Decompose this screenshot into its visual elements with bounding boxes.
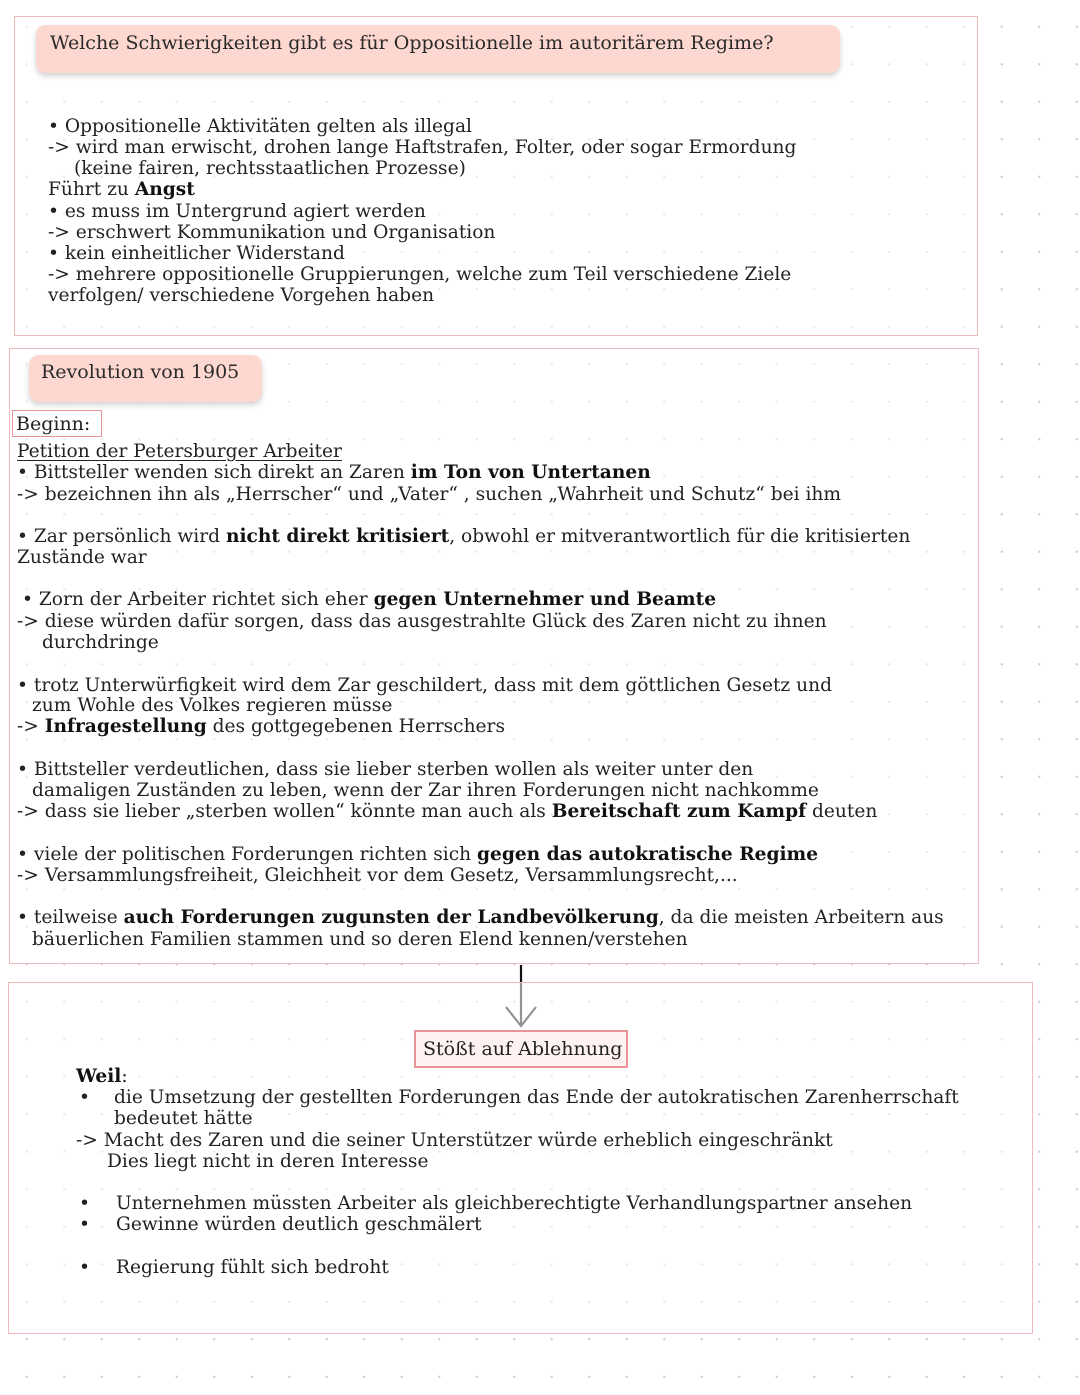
s2-line-11: • Bittsteller verdeutlichen, dass sie li… <box>17 759 753 780</box>
s1-line-3: (keine fairen, rechtsstaatlichen Prozess… <box>74 158 466 179</box>
s2-line-3-rest: , obwohl er mitverantwortlich für die kr… <box>449 526 910 547</box>
s2-line-7: durchdringe <box>42 632 159 653</box>
s3-line-5: Unternehmen müssten Arbeiter als gleichb… <box>116 1193 912 1214</box>
s3-bullet-2: • <box>79 1193 90 1214</box>
s3-line-2: bedeutet hätte <box>114 1108 253 1129</box>
s2-line-13: -> dass sie lieber „sterben wollen“ könn… <box>17 801 877 822</box>
s1-line-8: -> mehrere oppositionelle Gruppierungen,… <box>48 264 791 285</box>
s2-line-14-emphasis: gegen das autokratische Regime <box>477 844 818 865</box>
s1-line-1: • Oppositionelle Aktivitäten gelten als … <box>48 116 472 137</box>
s2-line-8: • trotz Unterwürfigkeit wird dem Zar ges… <box>17 675 832 696</box>
s2-line-16-emphasis: auch Forderungen zugunsten der Landbevöl… <box>124 907 659 928</box>
s2-line-10: -> Infragestellung des gottgegebenen Her… <box>17 716 505 737</box>
s2-line-5: • Zorn der Arbeiter richtet sich eher ge… <box>22 589 716 610</box>
s2-line-10-emphasis: Infragestellung <box>45 716 207 737</box>
s3-bullet-1: • <box>79 1087 90 1108</box>
s2-line-1: • Bittsteller wenden sich direkt an Zare… <box>17 462 651 483</box>
s3-line-3: -> Macht des Zaren und die seiner Unters… <box>76 1130 833 1151</box>
s2-line-5-text: • Zorn der Arbeiter richtet sich eher <box>22 589 374 610</box>
s2-line-15: -> Versammlungsfreiheit, Gleichheit vor … <box>17 865 738 886</box>
s1-line-9: verfolgen/ verschiedene Vorgehen haben <box>48 285 434 306</box>
result-ablehnung-label: Stößt auf Ablehnung <box>414 1030 628 1068</box>
s3-line-4: Dies liegt nicht in deren Interesse <box>107 1151 428 1172</box>
s2-line-13-emphasis: Bereitschaft zum Kampf <box>552 801 806 822</box>
s2-line-10-arrow: -> <box>17 716 45 737</box>
s1-line-5: • es muss im Untergrund agiert werden <box>48 201 426 222</box>
s2-line-16-rest: , da die meisten Arbeitern aus <box>659 907 944 928</box>
s1-angst-emphasis: Angst <box>135 179 195 200</box>
s1-line-6: -> erschwert Kommunikation und Organisat… <box>48 222 495 243</box>
s2-line-4: Zustände war <box>17 547 147 568</box>
s2-line-10-rest: des gottgegebenen Herrschers <box>207 716 505 737</box>
s2-line-5-emphasis: gegen Unternehmer und Beamte <box>374 589 716 610</box>
s2-line-9: zum Wohle des Volkes regieren müsse <box>32 695 392 716</box>
s1-line-4-text: Führt zu <box>48 179 135 200</box>
s2-line-16: • teilweise auch Forderungen zugunsten d… <box>17 907 944 928</box>
s3-line-6: Gewinne würden deutlich geschmälert <box>116 1214 482 1235</box>
beginn-label: Beginn: <box>12 410 102 437</box>
s1-line-2: -> wird man erwischt, drohen lange Hafts… <box>48 137 796 158</box>
petition-subheading: Petition der Petersburger Arbeiter <box>17 441 342 462</box>
s2-line-6: -> diese würden dafür sorgen, dass das a… <box>17 611 827 632</box>
s2-line-3-text: • Zar persönlich wird <box>17 526 226 547</box>
s2-line-14-text: • viele der politischen Forderungen rich… <box>17 844 477 865</box>
section-oppositionelle-title: Welche Schwierigkeiten gibt es für Oppos… <box>36 25 840 73</box>
s2-line-2: -> bezeichnen ihn als „Herrscher“ und „V… <box>17 484 841 505</box>
s2-line-12: damaligen Zuständen zu leben, wenn der Z… <box>32 780 819 801</box>
s2-line-3-emphasis: nicht direkt kritisiert <box>226 526 449 547</box>
s2-line-14: • viele der politischen Forderungen rich… <box>17 844 818 865</box>
s1-line-4: Führt zu Angst <box>48 179 195 200</box>
weil-bold: Weil <box>76 1066 121 1087</box>
s2-line-13-text: -> dass sie lieber „sterben wollen“ könn… <box>17 801 552 822</box>
s3-bullet-4: • <box>79 1257 90 1278</box>
s2-line-16-text: • teilweise <box>17 907 124 928</box>
s2-line-1-text: • Bittsteller wenden sich direkt an Zare… <box>17 462 411 483</box>
s2-line-3: • Zar persönlich wird nicht direkt kriti… <box>17 526 910 547</box>
s2-line-1-emphasis: im Ton von Untertanen <box>411 462 651 483</box>
s3-line-1: die Umsetzung der gestellten Forderungen… <box>114 1087 959 1108</box>
section-revolution-title: Revolution von 1905 <box>29 355 262 402</box>
s1-line-7: • kein einheitlicher Widerstand <box>48 243 345 264</box>
s3-bullet-3: • <box>79 1214 90 1235</box>
weil-colon: : <box>121 1066 127 1087</box>
s2-line-13-rest: deuten <box>806 801 877 822</box>
s3-line-7: Regierung fühlt sich bedroht <box>116 1257 389 1278</box>
s2-line-17: bäuerlichen Familien stammen und so dere… <box>32 929 688 950</box>
weil-heading: Weil: <box>76 1066 128 1087</box>
